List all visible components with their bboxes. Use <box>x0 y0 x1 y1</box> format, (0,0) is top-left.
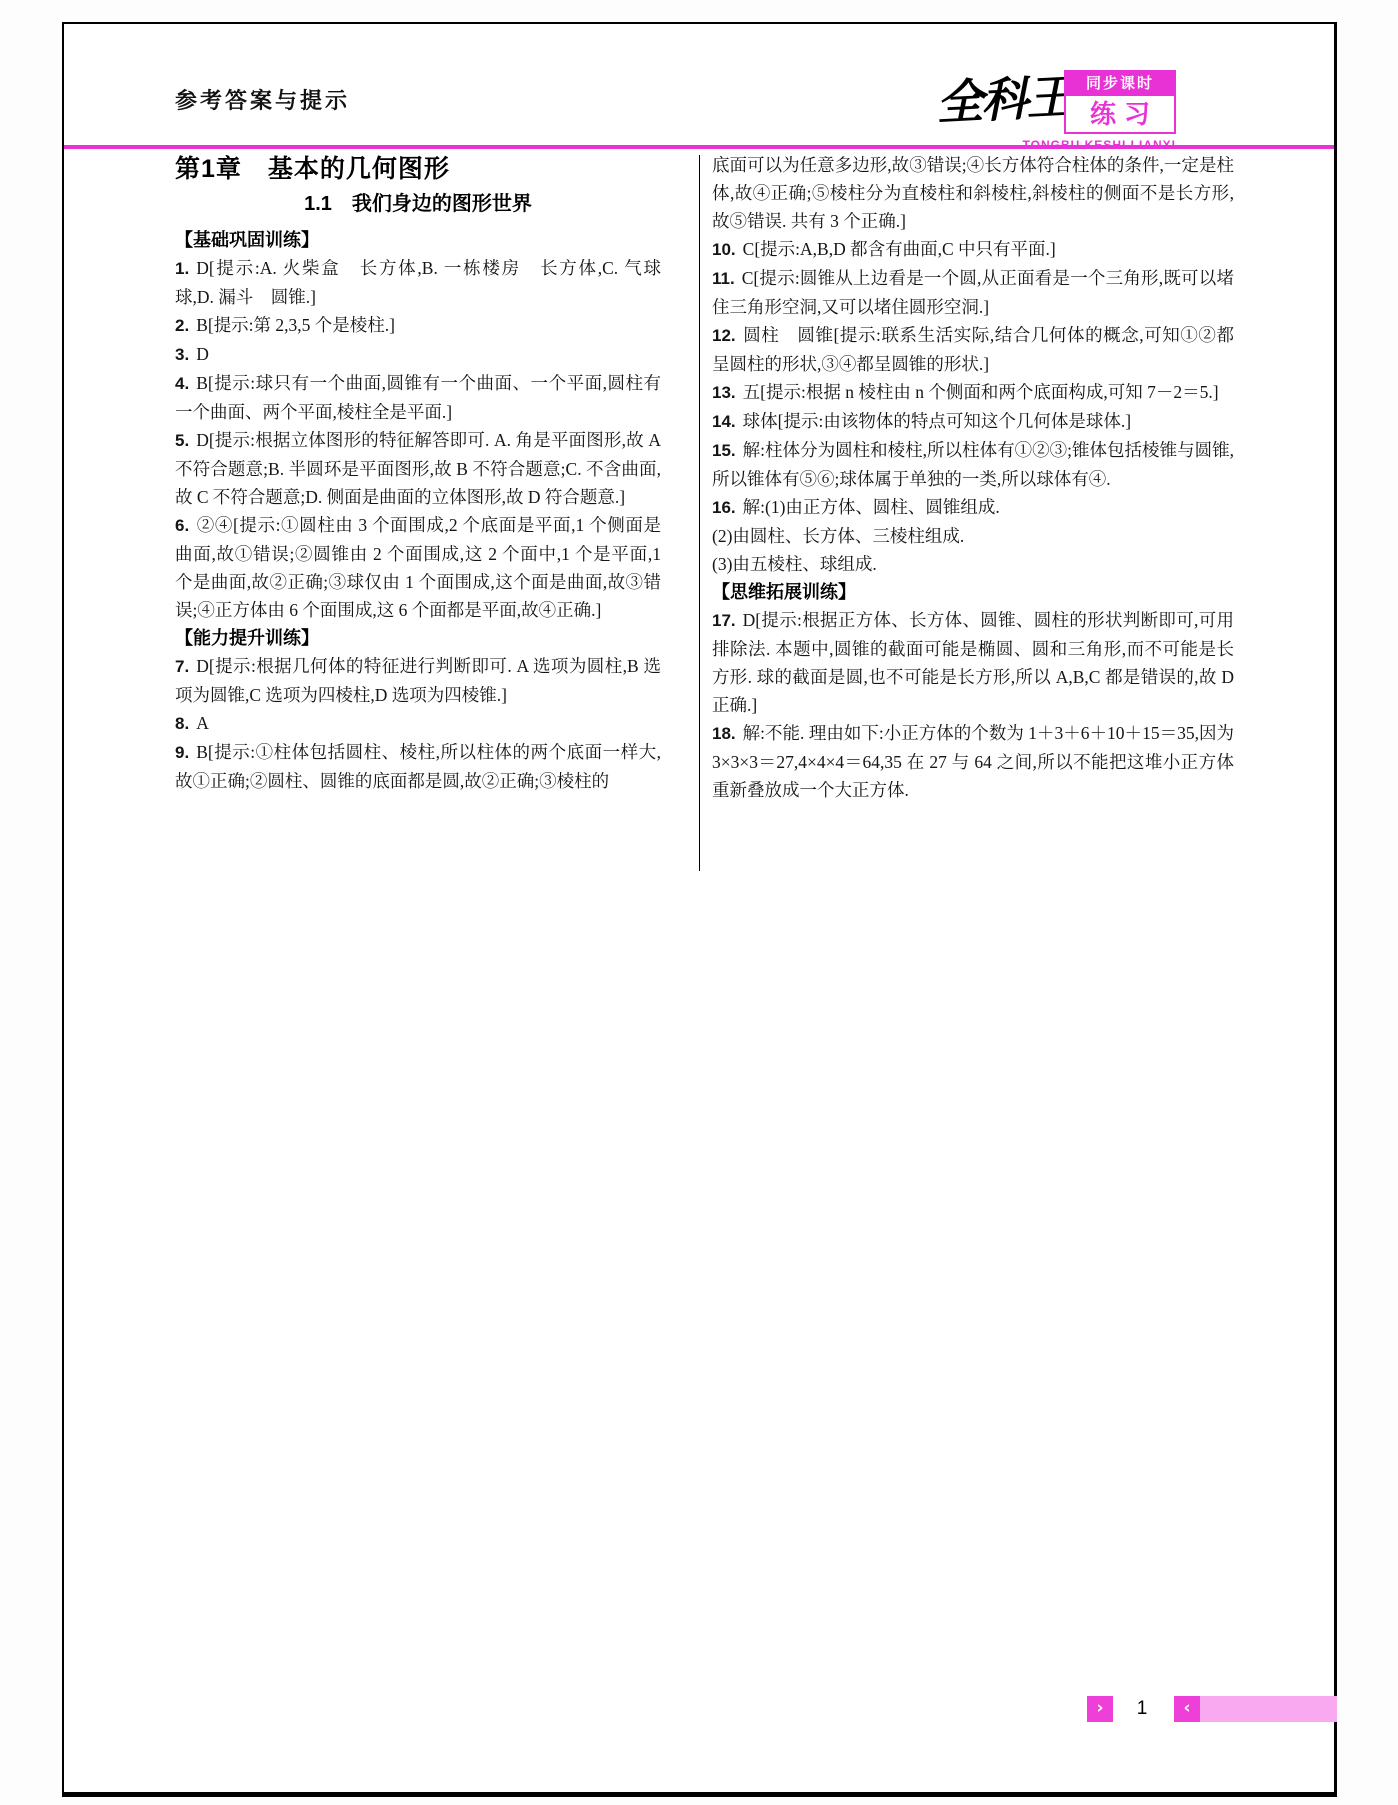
answer-item-3: 3.D <box>175 340 661 369</box>
lesson-title: 1.1 我们身边的图形世界 <box>175 191 661 217</box>
answer-item-16-part-3: (3)由五棱柱、球组成. <box>712 550 1234 578</box>
chapter-title: 第1章 基本的几何图形 <box>175 154 661 184</box>
answer-item-5: 5.D[提示:根据立体图形的特征解答即可. A. 角是平面图形,故 A 不符合题… <box>175 426 661 511</box>
answer-item-12: 12.圆柱 圆锥[提示:联系生活实际,结合几何体的概念,可知①②都呈圆柱的形状,… <box>712 321 1234 378</box>
item-number: 9. <box>175 743 189 762</box>
scanned-page: 参考答案与提示 全科王 同步课时 练习 TONGBU KESHI LIANXI … <box>62 22 1337 1797</box>
section-header-basic: 【基础巩固训练】 <box>175 226 661 254</box>
item-number: 10. <box>712 240 736 259</box>
answer-item-15: 15.解:柱体分为圆柱和棱柱,所以柱体有①②③;锥体包括棱锥与圆锥,所以锥体有⑤… <box>712 436 1234 493</box>
brand-logo: 全科王 同步课时 练习 TONGBU KESHI LIANXI <box>936 66 1176 146</box>
item-number: 16. <box>712 498 736 517</box>
item-number: 15. <box>712 441 736 460</box>
answer-item-10: 10.C[提示:A,B,D 都含有曲面,C 中只有平面.] <box>712 235 1234 264</box>
item-text: D[提示:根据几何体的特征进行判断即可. A 选项为圆柱,B 选项为圆锥,C 选… <box>175 656 661 705</box>
item-text: C[提示:A,B,D 都含有曲面,C 中只有平面.] <box>743 239 1056 259</box>
chevron-left-icon: ‹ <box>1174 1696 1200 1722</box>
answer-item-1: 1.D[提示:A. 火柴盒 长方体,B. 一栋楼房 长方体,C. 气球 球,D.… <box>175 254 661 311</box>
item-number: 7. <box>175 657 189 676</box>
answer-item-16-part-2: (2)由圆柱、长方体、三棱柱组成. <box>712 522 1234 550</box>
answer-item-16: 16.解:(1)由正方体、圆柱、圆锥组成. <box>712 493 1234 522</box>
item-text: 圆柱 圆锥[提示:联系生活实际,结合几何体的概念,可知①②都呈圆柱的形状,③④都… <box>712 325 1234 374</box>
brand-badge: 同步课时 练习 <box>1064 70 1176 134</box>
item-number: 6. <box>175 516 189 535</box>
answer-item-7: 7.D[提示:根据几何体的特征进行判断即可. A 选项为圆柱,B 选项为圆锥,C… <box>175 652 661 709</box>
header-divider-rule <box>64 145 1334 149</box>
answer-item-14: 14.球体[提示:由该物体的特点可知这个几何体是球体.] <box>712 407 1234 436</box>
item-number: 14. <box>712 412 736 431</box>
item-number: 1. <box>175 259 189 278</box>
item-text: D[提示:A. 火柴盒 长方体,B. 一栋楼房 长方体,C. 气球 球,D. 漏… <box>175 258 679 307</box>
item-text: 球体[提示:由该物体的特点可知这个几何体是球体.] <box>743 411 1131 431</box>
item-number: 17. <box>712 611 736 630</box>
item-number: 11. <box>712 269 735 288</box>
chevron-right-icon: › <box>1087 1696 1113 1722</box>
answer-item-4: 4.B[提示:球只有一个曲面,圆锥有一个曲面、一个平面,圆柱有一个曲面、两个平面… <box>175 369 661 426</box>
right-column: 底面可以为任意多边形,故③错误;④长方体符合柱体的条件,一定是柱体,故④正确;⑤… <box>712 151 1234 804</box>
item-number: 5. <box>175 431 189 450</box>
page-number: 1 <box>1122 1696 1162 1722</box>
footer-accent-bar <box>1200 1696 1337 1722</box>
answer-item-2: 2.B[提示:第 2,3,5 个是棱柱.] <box>175 311 661 340</box>
item-text: ②④[提示:①圆柱由 3 个面围成,2 个底面是平面,1 个侧面是曲面,故①错误… <box>175 515 661 620</box>
item-number: 8. <box>175 714 189 733</box>
answer-item-9: 9.B[提示:①柱体包括圆柱、棱柱,所以柱体的两个底面一样大,故①正确;②圆柱、… <box>175 738 661 795</box>
running-title: 参考答案与提示 <box>175 84 350 115</box>
brand-logo-text: 全科王 <box>934 60 1072 134</box>
answer-item-17: 17.D[提示:根据正方体、长方体、圆锥、圆柱的形状判断即可,可用排除法. 本题… <box>712 606 1234 719</box>
brand-badge-top-label: 同步课时 <box>1066 72 1174 96</box>
left-column: 第1章 基本的几何图形 1.1 我们身边的图形世界 【基础巩固训练】 1.D[提… <box>175 154 661 795</box>
item-text: D[提示:根据正方体、长方体、圆锥、圆柱的形状判断即可,可用排除法. 本题中,圆… <box>712 610 1234 715</box>
answer-item-8: 8.A <box>175 709 661 738</box>
item-text: 解:不能. 理由如下:小正方体的个数为 1＋3＋6＋10＋15＝35,因为 3×… <box>712 723 1234 800</box>
item-text: B[提示:第 2,3,5 个是棱柱.] <box>196 315 395 335</box>
item-text: 解:(1)由正方体、圆柱、圆锥组成. <box>743 497 1000 517</box>
answer-item-18: 18.解:不能. 理由如下:小正方体的个数为 1＋3＋6＋10＋15＝35,因为… <box>712 719 1234 804</box>
item-number: 2. <box>175 316 189 335</box>
column-divider <box>699 155 700 871</box>
item-text: B[提示:①柱体包括圆柱、棱柱,所以柱体的两个底面一样大,故①正确;②圆柱、圆锥… <box>175 742 661 791</box>
brand-badge-bottom-label: 练习 <box>1066 96 1174 132</box>
answer-item-6: 6.②④[提示:①圆柱由 3 个面围成,2 个底面是平面,1 个侧面是曲面,故①… <box>175 511 661 624</box>
item-number: 18. <box>712 724 736 743</box>
answer-item-11: 11.C[提示:圆锥从上边看是一个圆,从正面看是一个三角形,既可以堵住三角形空洞… <box>712 264 1234 321</box>
item-text: B[提示:球只有一个曲面,圆锥有一个曲面、一个平面,圆柱有一个曲面、两个平面,棱… <box>175 373 661 422</box>
item-number: 13. <box>712 383 736 402</box>
answer-item-13: 13.五[提示:根据 n 棱柱由 n 个侧面和两个底面构成,可知 7－2＝5.] <box>712 378 1234 407</box>
item-number: 4. <box>175 374 189 393</box>
item-text: C[提示:圆锥从上边看是一个圆,从正面看是一个三角形,既可以堵住三角形空洞,又可… <box>712 268 1234 317</box>
answer-item-9-continuation: 底面可以为任意多边形,故③错误;④长方体符合柱体的条件,一定是柱体,故④正确;⑤… <box>712 151 1234 235</box>
section-header-ability: 【能力提升训练】 <box>175 624 661 652</box>
item-number: 12. <box>712 326 736 345</box>
item-text: A <box>196 713 209 733</box>
item-text: 解:柱体分为圆柱和棱柱,所以柱体有①②③;锥体包括棱锥与圆锥,所以锥体有⑤⑥;球… <box>712 440 1234 489</box>
item-number: 3. <box>175 345 189 364</box>
section-header-thinking: 【思维拓展训练】 <box>712 578 1234 606</box>
item-text: D <box>196 344 209 364</box>
item-text: 五[提示:根据 n 棱柱由 n 个侧面和两个底面构成,可知 7－2＝5.] <box>743 382 1219 402</box>
item-text: D[提示:根据立体图形的特征解答即可. A. 角是平面图形,故 A 不符合题意;… <box>175 430 661 507</box>
